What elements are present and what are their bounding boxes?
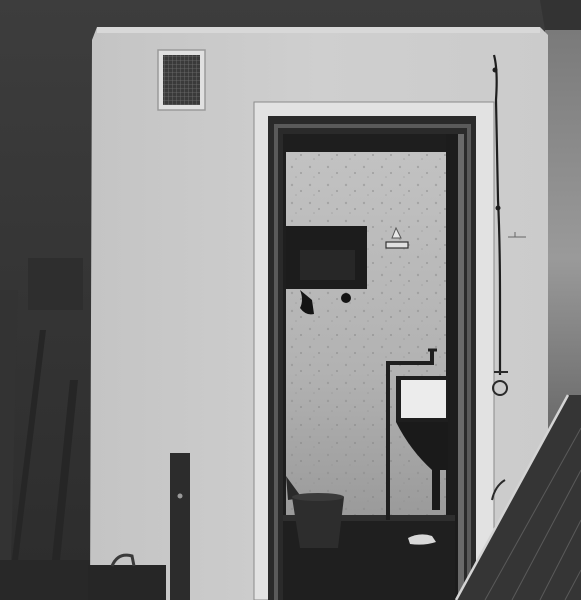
ventilation-grille bbox=[158, 50, 205, 110]
photograph bbox=[0, 0, 581, 600]
photo-canvas bbox=[0, 0, 581, 600]
doorway bbox=[254, 102, 494, 600]
leaning-plank bbox=[170, 453, 190, 600]
